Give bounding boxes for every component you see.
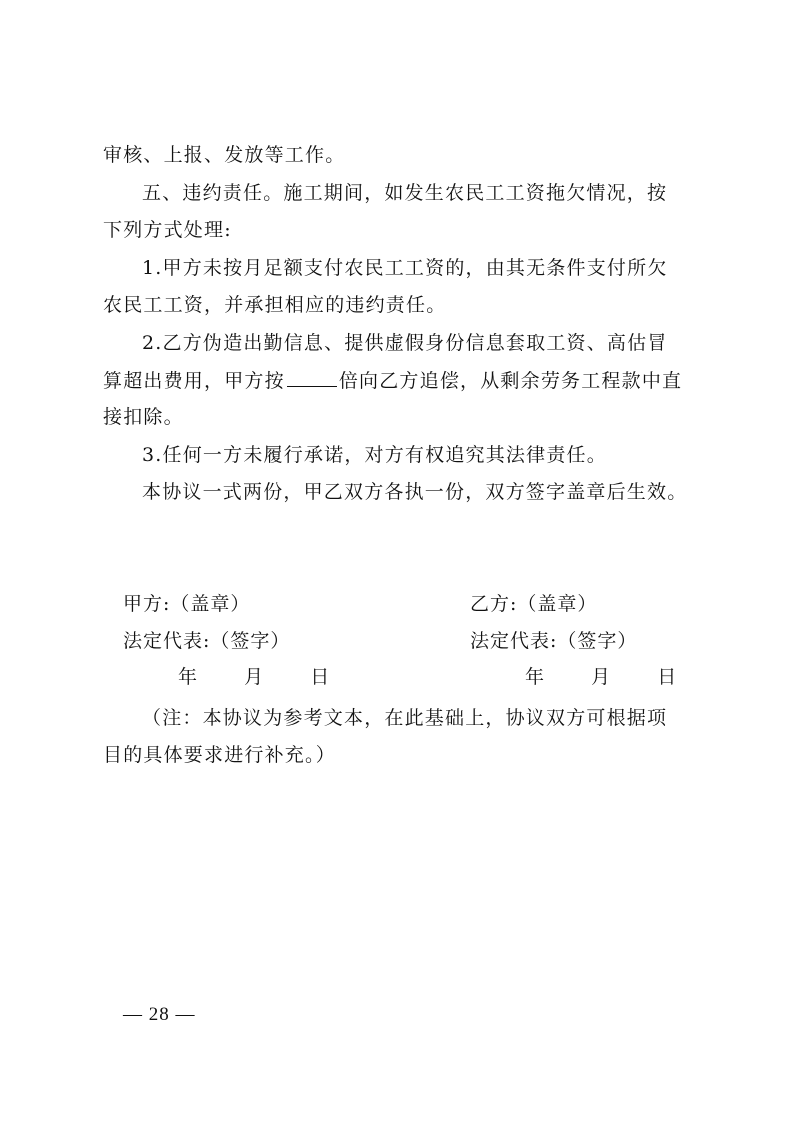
party-b-date: 年 月 日	[525, 665, 677, 689]
page-number: — 28 —	[123, 1004, 196, 1026]
paragraph-line: 算超出费用，甲方按倍向乙方追偿，从剩余劳务工程款中直	[103, 368, 682, 393]
multiplier-blank	[287, 368, 337, 387]
party-b-representative: 法定代表:（签字）	[470, 629, 637, 653]
section-heading-breach-liability: 五、违约责任。施工期间，如发生农民工工资拖欠情况，按	[142, 181, 667, 205]
year-label: 年	[525, 665, 545, 689]
note-line: 目的具体要求进行补充。）	[103, 743, 336, 767]
party-a-date: 年 月 日	[178, 665, 330, 689]
party-a-representative: 法定代表:（签字）	[123, 629, 290, 653]
text-segment: 算超出费用，甲方按	[103, 370, 285, 392]
paragraph-line: 审核、上报、发放等工作。	[103, 143, 345, 167]
note-line: （注：本协议为参考文本，在此基础上，协议双方可根据项	[142, 706, 667, 730]
clause-3: 3.任何一方未履行承诺，对方有权追究其法律责任。	[142, 443, 607, 467]
day-label: 日	[310, 665, 330, 689]
closing-statement: 本协议一式两份，甲乙双方各执一份，双方签字盖章后生效。	[142, 480, 687, 504]
month-label: 月	[591, 665, 611, 689]
paragraph-line: 接扣除。	[103, 405, 184, 429]
text-segment: 倍向乙方追偿，从剩余劳务工程款中直	[339, 370, 682, 392]
clause-1: 1.甲方未按月足额支付农民工工资的，由其无条件支付所欠	[142, 256, 668, 280]
paragraph-line: 农民工工资，并承担相应的违约责任。	[103, 293, 446, 317]
party-a-seal: 甲方:（盖章）	[123, 592, 250, 616]
month-label: 月	[244, 665, 264, 689]
year-label: 年	[178, 665, 198, 689]
day-label: 日	[657, 665, 677, 689]
party-b-seal: 乙方:（盖章）	[470, 592, 597, 616]
paragraph-line: 下列方式处理:	[103, 218, 232, 242]
clause-2: 2.乙方伪造出勤信息、提供虚假身份信息套取工资、高估冒	[142, 331, 668, 355]
